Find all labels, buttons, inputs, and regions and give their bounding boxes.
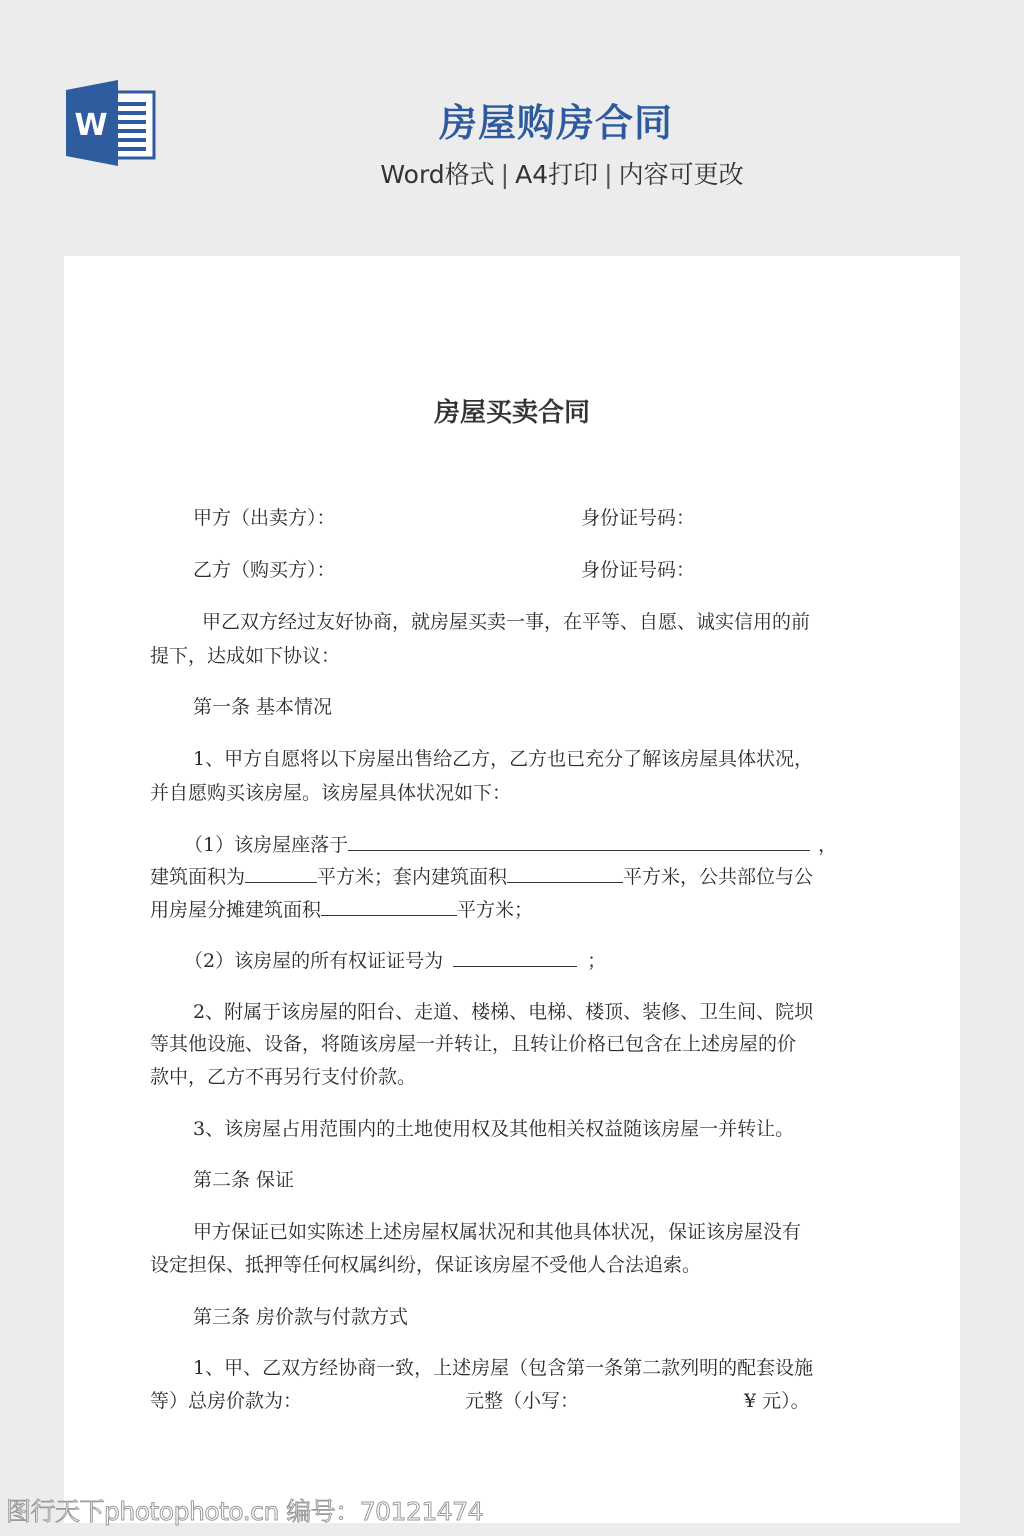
party-a-label: 甲方（出卖方）： bbox=[193, 506, 336, 530]
art1-para1-line2: 并自愿购买该房屋。该房屋具体状况如下： bbox=[150, 781, 511, 805]
banner-subtitle: Word格式|A4打印|内容可更改 bbox=[0, 155, 1024, 191]
party-b-id-label: 身份证号码： bbox=[581, 558, 695, 582]
watermark: 图行天下photophoto.cn 编号：70121474 bbox=[6, 1492, 483, 1528]
art3-amount-words: 元整（小写： bbox=[465, 1389, 579, 1413]
subtitle-format: Word格式 bbox=[380, 160, 494, 189]
art3-amount-figures: ¥ 元）。 bbox=[744, 1389, 810, 1413]
art2-line2: 设定担保、抵押等任何权属纠纷，保证该房屋不受他人合法追索。 bbox=[150, 1253, 701, 1277]
shared-area-blank[interactable] bbox=[321, 897, 457, 916]
certificate-number-blank[interactable] bbox=[453, 948, 577, 967]
item-1-prefix: （1）该房屋座落于 bbox=[184, 834, 348, 856]
subtitle-separator: | bbox=[501, 160, 509, 189]
subtitle-print: A4打印 bbox=[515, 160, 598, 189]
article-1-heading: 第一条 基本情况 bbox=[193, 695, 332, 719]
banner-title: 房屋购房合同 bbox=[0, 92, 1024, 147]
item-2-line: （2）该房屋的所有权证证号为； bbox=[184, 948, 606, 973]
item-1-line-2: 建筑面积为平方米；套内建筑面积平方米，公共部位与公 bbox=[150, 864, 813, 889]
floor-area-blank[interactable] bbox=[245, 864, 317, 883]
article-3-heading: 第三条 房价款与付款方式 bbox=[193, 1305, 408, 1329]
art3-line2: 等）总房价款为： bbox=[150, 1389, 302, 1413]
art1-para2-line1: 2、附属于该房屋的阳台、走道、楼梯、电梯、楼顶、装修、卫生间、院坝 bbox=[193, 1000, 813, 1024]
party-b-label: 乙方（购买方）： bbox=[193, 558, 336, 582]
inner-area-blank[interactable] bbox=[507, 864, 623, 883]
party-a-id-label: 身份证号码： bbox=[581, 506, 695, 530]
subtitle-editable: 内容可更改 bbox=[619, 160, 744, 189]
art1-para3: 3、该房屋占用范围内的土地使用权及其他相关权益随该房屋一并转让。 bbox=[193, 1117, 794, 1141]
intro-line-2: 提下，达成如下协议： bbox=[150, 644, 340, 668]
art3-line1: 1、甲、乙双方经协商一致，上述房屋（包含第一条第二款列明的配套设施 bbox=[193, 1356, 813, 1380]
intro-line-1: 甲乙双方经过友好协商，就房屋买卖一事，在平等、自愿、诚实信用的前 bbox=[202, 610, 810, 634]
subtitle-separator: | bbox=[604, 160, 612, 189]
document-page: 房屋买卖合同 甲方（出卖方）： 身份证号码： 乙方（购买方）： 身份证号码： 甲… bbox=[64, 256, 960, 1523]
item-1-line-3: 用房屋分摊建筑面积平方米； bbox=[150, 897, 533, 922]
art2-line1: 甲方保证已如实陈述上述房屋权属状况和其他具体状况，保证该房屋没有 bbox=[193, 1220, 801, 1244]
item-1-line-1: （1）该房屋座落于， bbox=[184, 832, 837, 857]
location-blank[interactable] bbox=[348, 832, 810, 851]
document-title: 房屋买卖合同 bbox=[64, 392, 960, 429]
art1-para2-line2: 等其他设施、设备，将随该房屋一并转让，且转让价格已包含在上述房屋的价 bbox=[150, 1032, 796, 1056]
art1-para2-line3: 款中，乙方不再另行支付价款。 bbox=[150, 1065, 416, 1089]
art1-para1-line1: 1、甲方自愿将以下房屋出售给乙方，乙方也已充分了解该房屋具体状况， bbox=[193, 747, 813, 771]
article-2-heading: 第二条 保证 bbox=[193, 1168, 294, 1192]
